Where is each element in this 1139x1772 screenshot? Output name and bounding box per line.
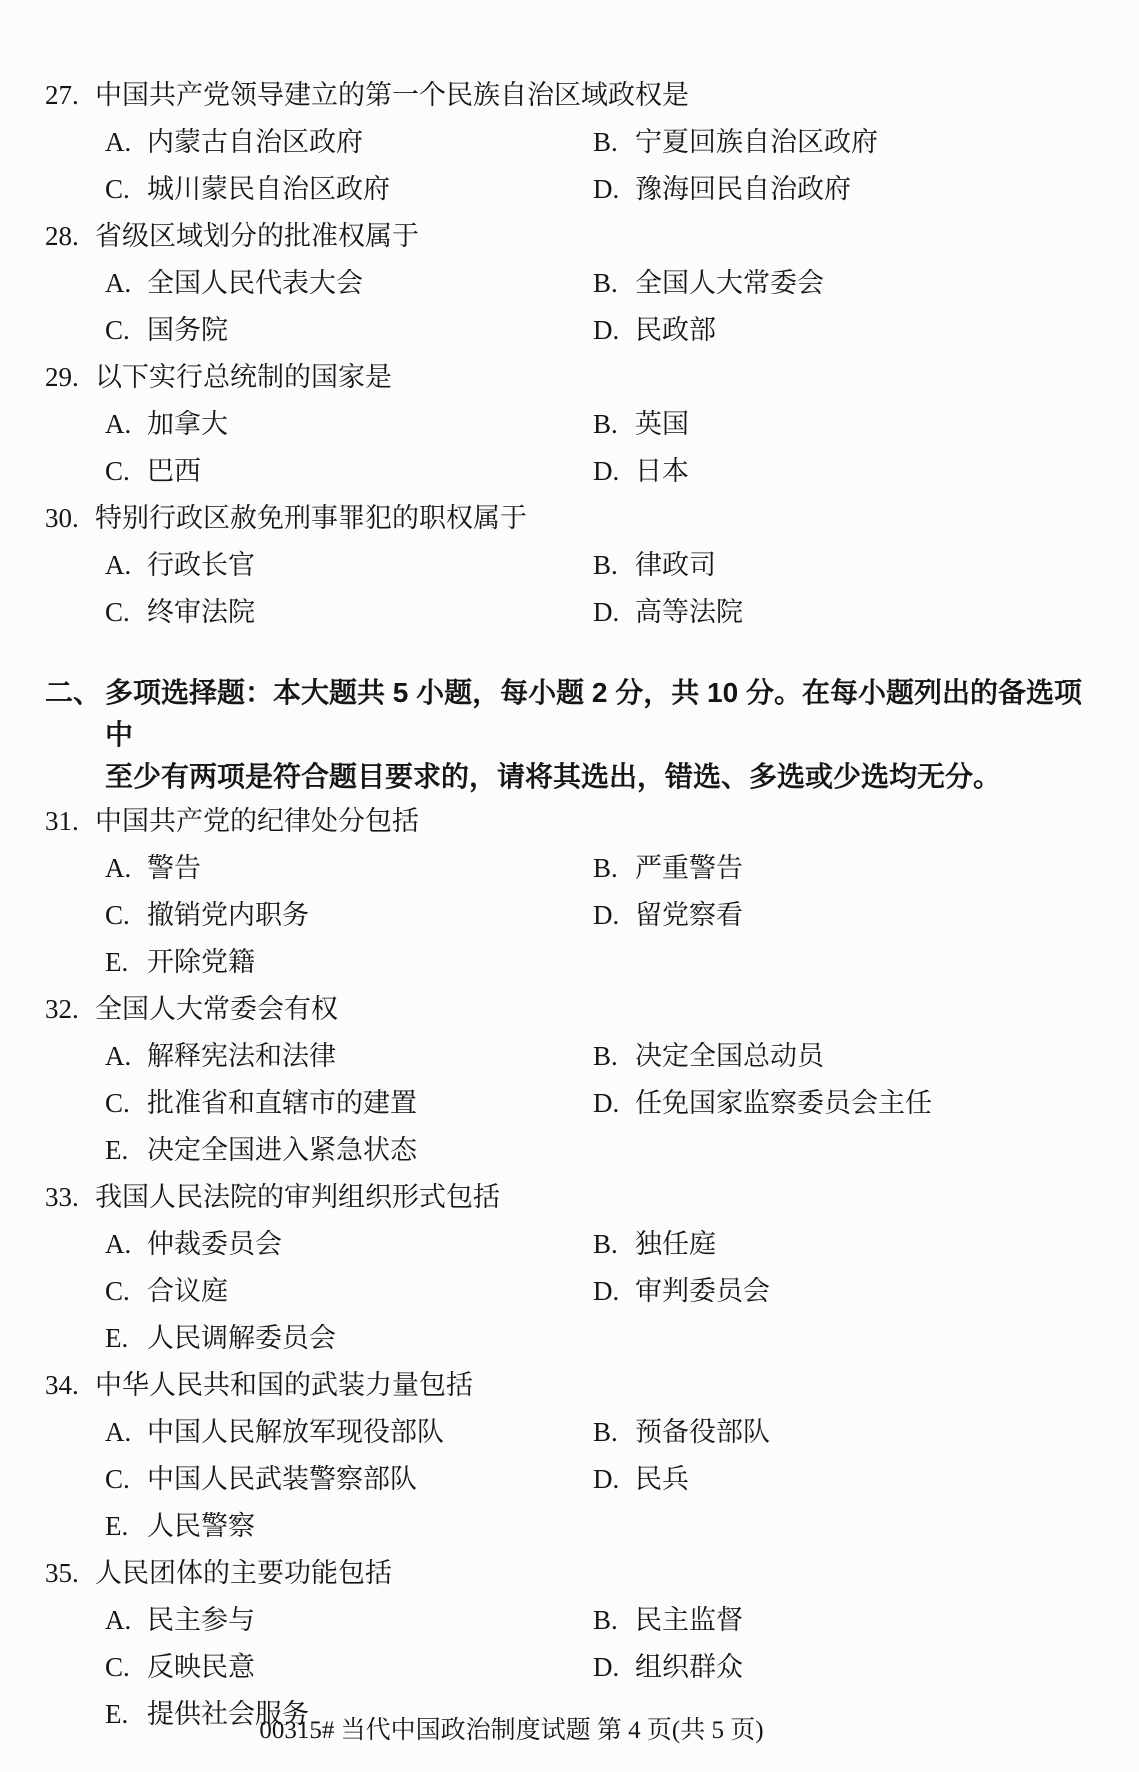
option-label: E. xyxy=(105,1503,147,1550)
option-text: 日本 xyxy=(635,448,689,495)
option-text: 内蒙古自治区政府 xyxy=(147,119,363,166)
option-text: 行政长官 xyxy=(147,542,255,589)
option-text: 撤销党内职务 xyxy=(147,892,309,939)
question-stem-row: 28. 省级区域划分的批准权属于 xyxy=(45,213,1099,260)
question-stem: 我国人民法院的审判组织形式包括 xyxy=(95,1174,1099,1221)
option: A. 民主参与 xyxy=(105,1597,593,1644)
question-stem: 以下实行总统制的国家是 xyxy=(95,354,1099,401)
section-instructions-line2: 至少有两项是符合题目要求的，请将其选出，错选、多选或少选均无分。 xyxy=(105,756,1099,798)
questions-list-multi-choice: 31. 中国共产党的纪律处分包括 A. 警告 B. 严重警告 C. 撤销党内职务… xyxy=(45,798,1099,1738)
option-text: 预备役部队 xyxy=(635,1409,770,1456)
option-label: B. xyxy=(593,542,635,589)
question: 34. 中华人民共和国的武装力量包括 A. 中国人民解放军现役部队 B. 预备役… xyxy=(45,1362,1099,1550)
option: D. 民政部 xyxy=(593,307,1099,354)
question-stem: 中国共产党领导建立的第一个民族自治区域政权是 xyxy=(95,72,1099,119)
option: A. 仲裁委员会 xyxy=(105,1221,593,1268)
exam-page: 27. 中国共产党领导建立的第一个民族自治区域政权是 A. 内蒙古自治区政府 B… xyxy=(0,0,1139,1772)
option-text: 合议庭 xyxy=(147,1268,228,1315)
question-number: 30. xyxy=(45,495,95,542)
option-label: B. xyxy=(593,1409,635,1456)
option-text: 民兵 xyxy=(635,1456,689,1503)
option-text: 民政部 xyxy=(635,307,716,354)
option: D. 民兵 xyxy=(593,1456,1099,1503)
question: 30. 特别行政区赦免刑事罪犯的职权属于 A. 行政长官 B. 律政司 C. 终… xyxy=(45,495,1099,636)
option-label: B. xyxy=(593,1221,635,1268)
option-label: D. xyxy=(593,589,635,636)
question-stem-row: 30. 特别行政区赦免刑事罪犯的职权属于 xyxy=(45,495,1099,542)
question-stem: 省级区域划分的批准权属于 xyxy=(95,213,1099,260)
option-text: 严重警告 xyxy=(635,845,743,892)
option-label: D. xyxy=(593,166,635,213)
question-number: 34. xyxy=(45,1362,95,1409)
option-text: 人民警察 xyxy=(147,1503,255,1550)
options-grid: A. 全国人民代表大会 B. 全国人大常委会 C. 国务院 D. 民政部 xyxy=(45,260,1099,354)
option: B. 预备役部队 xyxy=(593,1409,1099,1456)
option-text: 组织群众 xyxy=(635,1644,743,1691)
option-text: 人民调解委员会 xyxy=(147,1315,336,1362)
option-text: 任免国家监察委员会主任 xyxy=(635,1080,932,1127)
options-grid: A. 警告 B. 严重警告 C. 撤销党内职务 D. 留党察看 E. 开除党籍 xyxy=(45,845,1099,986)
question: 29. 以下实行总统制的国家是 A. 加拿大 B. 英国 C. 巴西 D. 日本 xyxy=(45,354,1099,495)
options-grid: A. 加拿大 B. 英国 C. 巴西 D. 日本 xyxy=(45,401,1099,495)
options-grid: A. 仲裁委员会 B. 独任庭 C. 合议庭 D. 审判委员会 E. 人民调解委… xyxy=(45,1221,1099,1362)
option: E. 人民警察 xyxy=(105,1503,593,1550)
option-text: 豫海回民自治政府 xyxy=(635,166,851,213)
option: D. 高等法院 xyxy=(593,589,1099,636)
question-stem: 人民团体的主要功能包括 xyxy=(95,1550,1099,1597)
option-label: A. xyxy=(105,119,147,166)
option-text: 中国人民解放军现役部队 xyxy=(147,1409,444,1456)
option: C. 城川蒙民自治区政府 xyxy=(105,166,593,213)
question-number: 35. xyxy=(45,1550,95,1597)
option-text: 全国人民代表大会 xyxy=(147,260,363,307)
option: B. 宁夏回族自治区政府 xyxy=(593,119,1099,166)
option-label: B. xyxy=(593,845,635,892)
option-label: A. xyxy=(105,260,147,307)
section-instructions-line1: 多项选择题：本大题共 5 小题，每小题 2 分，共 10 分。在每小题列出的备选… xyxy=(105,672,1099,756)
option: C. 中国人民武装警察部队 xyxy=(105,1456,593,1503)
option-label: C. xyxy=(105,448,147,495)
option: A. 内蒙古自治区政府 xyxy=(105,119,593,166)
option-label: B. xyxy=(593,260,635,307)
question: 33. 我国人民法院的审判组织形式包括 A. 仲裁委员会 B. 独任庭 C. 合… xyxy=(45,1174,1099,1362)
option-text: 宁夏回族自治区政府 xyxy=(635,119,878,166)
option: B. 民主监督 xyxy=(593,1597,1099,1644)
option-label: D. xyxy=(593,1644,635,1691)
option-text: 城川蒙民自治区政府 xyxy=(147,166,390,213)
question-number: 28. xyxy=(45,213,95,260)
question: 32. 全国人大常委会有权 A. 解释宪法和法律 B. 决定全国总动员 C. 批… xyxy=(45,986,1099,1174)
question-stem-row: 33. 我国人民法院的审判组织形式包括 xyxy=(45,1174,1099,1221)
option-text: 开除党籍 xyxy=(147,939,255,986)
question-stem: 中国共产党的纪律处分包括 xyxy=(95,798,1099,845)
option-text: 决定全国进入紧急状态 xyxy=(147,1127,417,1174)
option-text: 国务院 xyxy=(147,307,228,354)
option: A. 警告 xyxy=(105,845,593,892)
options-grid: A. 内蒙古自治区政府 B. 宁夏回族自治区政府 C. 城川蒙民自治区政府 D.… xyxy=(45,119,1099,213)
option-text: 民主参与 xyxy=(147,1597,255,1644)
option: B. 严重警告 xyxy=(593,845,1099,892)
option-text: 高等法院 xyxy=(635,589,743,636)
option-label: C. xyxy=(105,1080,147,1127)
option-label: B. xyxy=(593,401,635,448)
question-stem: 全国人大常委会有权 xyxy=(95,986,1099,1033)
option-label: D. xyxy=(593,307,635,354)
question-stem-row: 29. 以下实行总统制的国家是 xyxy=(45,354,1099,401)
section-number-label: 二、 xyxy=(45,672,105,798)
option-text: 反映民意 xyxy=(147,1644,255,1691)
option: C. 撤销党内职务 xyxy=(105,892,593,939)
option: E. 决定全国进入紧急状态 xyxy=(105,1127,593,1174)
option-label: A. xyxy=(105,1409,147,1456)
option-label: E. xyxy=(105,1127,147,1174)
option-text: 仲裁委员会 xyxy=(147,1221,282,1268)
option: C. 巴西 xyxy=(105,448,593,495)
option: B. 律政司 xyxy=(593,542,1099,589)
option-text: 巴西 xyxy=(147,448,201,495)
question-number: 27. xyxy=(45,72,95,119)
option-label: C. xyxy=(105,589,147,636)
option-label: A. xyxy=(105,1033,147,1080)
options-grid: A. 解释宪法和法律 B. 决定全国总动员 C. 批准省和直辖市的建置 D. 任… xyxy=(45,1033,1099,1174)
question-number: 31. xyxy=(45,798,95,845)
option: C. 合议庭 xyxy=(105,1268,593,1315)
option-text: 律政司 xyxy=(635,542,716,589)
option-label: C. xyxy=(105,166,147,213)
option: E. 开除党籍 xyxy=(105,939,593,986)
options-grid: A. 中国人民解放军现役部队 B. 预备役部队 C. 中国人民武装警察部队 D.… xyxy=(45,1409,1099,1550)
option: A. 行政长官 xyxy=(105,542,593,589)
option-label: B. xyxy=(593,1033,635,1080)
option: B. 英国 xyxy=(593,401,1099,448)
option-label: A. xyxy=(105,401,147,448)
option-text: 民主监督 xyxy=(635,1597,743,1644)
option-label: C. xyxy=(105,1268,147,1315)
option-label: D. xyxy=(593,1456,635,1503)
option-label: D. xyxy=(593,1080,635,1127)
option-text: 加拿大 xyxy=(147,401,228,448)
option-text: 留党察看 xyxy=(635,892,743,939)
option: C. 终审法院 xyxy=(105,589,593,636)
option-label: D. xyxy=(593,448,635,495)
option-label: A. xyxy=(105,542,147,589)
option-text: 批准省和直辖市的建置 xyxy=(147,1080,417,1127)
option: D. 组织群众 xyxy=(593,1644,1099,1691)
option: B. 独任庭 xyxy=(593,1221,1099,1268)
option: D. 日本 xyxy=(593,448,1099,495)
question-number: 32. xyxy=(45,986,95,1033)
option-label: A. xyxy=(105,1597,147,1644)
option: C. 国务院 xyxy=(105,307,593,354)
question-number: 29. xyxy=(45,354,95,401)
option: D. 审判委员会 xyxy=(593,1268,1099,1315)
question-stem-row: 32. 全国人大常委会有权 xyxy=(45,986,1099,1033)
option-label: C. xyxy=(105,1456,147,1503)
option: A. 加拿大 xyxy=(105,401,593,448)
option: E. 人民调解委员会 xyxy=(105,1315,593,1362)
option-label: B. xyxy=(593,119,635,166)
option: B. 全国人大常委会 xyxy=(593,260,1099,307)
option-label: D. xyxy=(593,1268,635,1315)
option-text: 中国人民武装警察部队 xyxy=(147,1456,417,1503)
question: 31. 中国共产党的纪律处分包括 A. 警告 B. 严重警告 C. 撤销党内职务… xyxy=(45,798,1099,986)
option: D. 任免国家监察委员会主任 xyxy=(593,1080,1099,1127)
option: A. 解释宪法和法律 xyxy=(105,1033,593,1080)
question-stem: 特别行政区赦免刑事罪犯的职权属于 xyxy=(95,495,1099,542)
option-label: A. xyxy=(105,1221,147,1268)
question: 28. 省级区域划分的批准权属于 A. 全国人民代表大会 B. 全国人大常委会 … xyxy=(45,213,1099,354)
option-label: C. xyxy=(105,307,147,354)
question: 27. 中国共产党领导建立的第一个民族自治区域政权是 A. 内蒙古自治区政府 B… xyxy=(45,72,1099,213)
option: A. 中国人民解放军现役部队 xyxy=(105,1409,593,1456)
question-stem-row: 35. 人民团体的主要功能包括 xyxy=(45,1550,1099,1597)
questions-list-single-choice: 27. 中国共产党领导建立的第一个民族自治区域政权是 A. 内蒙古自治区政府 B… xyxy=(45,72,1099,636)
option-text: 解释宪法和法律 xyxy=(147,1033,336,1080)
option-label: E. xyxy=(105,939,147,986)
section-header: 二、 多项选择题：本大题共 5 小题，每小题 2 分，共 10 分。在每小题列出… xyxy=(45,672,1099,798)
option-label: E. xyxy=(105,1315,147,1362)
option-label: B. xyxy=(593,1597,635,1644)
option-text: 审判委员会 xyxy=(635,1268,770,1315)
option-text: 警告 xyxy=(147,845,201,892)
question-stem-row: 27. 中国共产党领导建立的第一个民族自治区域政权是 xyxy=(45,72,1099,119)
option-text: 全国人大常委会 xyxy=(635,260,824,307)
question-number: 33. xyxy=(45,1174,95,1221)
question-stem: 中华人民共和国的武装力量包括 xyxy=(95,1362,1099,1409)
option-text: 英国 xyxy=(635,401,689,448)
option: A. 全国人民代表大会 xyxy=(105,260,593,307)
section-instructions: 多项选择题：本大题共 5 小题，每小题 2 分，共 10 分。在每小题列出的备选… xyxy=(105,672,1099,798)
question-stem-row: 34. 中华人民共和国的武装力量包括 xyxy=(45,1362,1099,1409)
option: C. 反映民意 xyxy=(105,1644,593,1691)
option-text: 独任庭 xyxy=(635,1221,716,1268)
option-label: D. xyxy=(593,892,635,939)
options-grid: A. 行政长官 B. 律政司 C. 终审法院 D. 高等法院 xyxy=(45,542,1099,636)
option-text: 终审法院 xyxy=(147,589,255,636)
option: D. 豫海回民自治政府 xyxy=(593,166,1099,213)
question-stem-row: 31. 中国共产党的纪律处分包括 xyxy=(45,798,1099,845)
option-label: A. xyxy=(105,845,147,892)
option: D. 留党察看 xyxy=(593,892,1099,939)
option-label: C. xyxy=(105,1644,147,1691)
option-label: C. xyxy=(105,892,147,939)
option-text: 决定全国总动员 xyxy=(635,1033,824,1080)
option: B. 决定全国总动员 xyxy=(593,1033,1099,1080)
page-footer: 00315# 当代中国政治制度试题 第 4 页(共 5 页) xyxy=(0,1710,1081,1746)
option: C. 批准省和直辖市的建置 xyxy=(105,1080,593,1127)
